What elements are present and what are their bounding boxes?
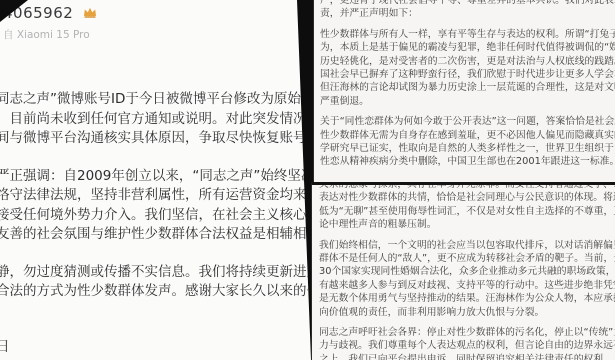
- statement-panel-bottom: 关系的想象与探索，其存在本身并无原罪。而女性支持者通过文学、艺术等方表达对性少数…: [311, 182, 615, 360]
- text-line: 性恋从精神疾病分类中删除，中国卫生部也在2001年跟进这一标准。所谓: [320, 155, 615, 168]
- text-line: 但汪海林的言论却试图为暴力历史涂上一层荒诞的合理性，这是对文明价值观: [320, 81, 615, 94]
- text-line: 关于“同性恋群体为何如今敢于公开表达”这一问题，答案恰恰是社会进步的体: [320, 115, 615, 128]
- paragraph-gap: [320, 108, 615, 115]
- text-line: ，目前尚未收到任何官方通知或说明。对此突发情况，: [0, 110, 314, 130]
- text-line: 向价值观的责任，而非利用影响力放大仇恨与分裂。: [319, 306, 615, 319]
- text-line: 低为“无聊”甚至使用侮辱性词汇，不仅是对女性自主选择的不尊重，更是对公共: [319, 205, 615, 218]
- paragraph-gap: [0, 302, 314, 320]
- post-body-text: 同志之声”微博账号ID于今日被微博平台修改为原始ID「月，目前尚未收到任何官方通…: [0, 90, 314, 357]
- text-line: 合法的方式为性少数群体发声。感谢大家长久以来的信: [0, 282, 314, 302]
- text-line: 关系的想象与探索，其存在本身并无原罪。而女性支持者通过文学、艺术等方: [319, 182, 615, 191]
- text-line: 产，更违背了现代社会倡导平等、尊重差异的基本共识。我们对此表示强烈: [320, 0, 615, 7]
- text-line: 日: [0, 338, 314, 358]
- text-line: 国社会早已摒弃了这种野蛮行径，我们欣慰于时代进步让更多人学会尊重包容: [320, 68, 615, 81]
- text-line: 群体不是任何人的“敌人”，更不应成为转移社会矛盾的靶子。当前，全球已有超: [319, 252, 615, 265]
- text-line: 之上。我们已向平台提出申诉，同时保留追究相关法律责任的权利。: [319, 353, 615, 360]
- statement-top-text: 产，更违背了现代社会倡导平等、尊重差异的基本共识。我们对此表示强烈责，并严正声明…: [320, 0, 615, 169]
- text-line: 30个国家实现同性婚姻合法化，众多企业推动多元共融的职场政策，中国社会: [319, 265, 615, 278]
- text-line: 恪守法律法规，坚持非营利属性，所有运营资金均来自: [0, 186, 314, 206]
- paragraph-gap: [319, 232, 615, 239]
- text-line: 间与微博平台沟通核实具体原因，争取尽快恢复账号正: [0, 129, 314, 149]
- text-line: 学研究早已证实，性取向是自然的人类多样性之一，世界卫生组织于1990年将: [320, 142, 615, 155]
- text-line: 我们始终相信，一个文明的社会应当以包容取代排斥，以对话消解偏见。性少: [319, 239, 615, 252]
- statement-bottom-text: 关系的想象与探索，其存在本身并无原罪。而女性支持者通过文学、艺术等方表达对性少数…: [319, 182, 615, 360]
- text-line: 同志之声呼吁社会各界：停止对性少数群体的污名化，停止以“传统”为名合理化: [319, 326, 615, 339]
- paragraph-gap: [320, 21, 615, 28]
- paragraph-gap: [0, 149, 314, 167]
- text-line: 性少数群体无需为自身存在感到羞耻，更不必因他人偏见而隐藏真实的自我。: [320, 129, 615, 142]
- text-line: 是无数个体用勇气与坚持推动的结果。汪海林作为公众人物，本应承担起传播: [319, 292, 615, 305]
- text-line: 同志之声”微博账号ID于今日被微博平台修改为原始ID「月: [0, 90, 314, 110]
- text-line: 严正强调：自2009年创立以来，“同志之声”始终坚决拥: [0, 167, 314, 187]
- text-line: 性少数群体与所有人一样，享有平等生存与表达的权利。所谓“打兔子”等暴力: [320, 28, 615, 41]
- text-line: 接受任何境外势力介入。我们坚信，在社会主义核心价: [0, 206, 314, 226]
- text-line: 责，并严正声明如下：: [320, 7, 615, 20]
- text-line: 有越来越多人参与到反对歧视、支持平等的行动中。这些进步绝非凭空而来，: [319, 279, 615, 292]
- paragraph-gap: [0, 320, 314, 338]
- weibo-post-panel: 4065962 自 Xiaomi 15 Pro 同志之声”微博账号ID于今日被微…: [0, 0, 314, 360]
- text-line: 严重倒退。: [320, 95, 615, 108]
- text-line: 历史轻佻化，是对受害者的二次伤害，更是对法治与人权底线的践踏。今天的: [320, 55, 615, 68]
- text-line: 为，本质上是基于偏见的霸凌与犯罪，绝非任何时代值得被调侃的“娱乐”。将这: [320, 41, 615, 54]
- text-line: 力与歧视。我们尊重每个人表达观点的权利，但言论自由的边界永远不能凌驾: [319, 339, 615, 352]
- statement-panel-top: 产，更违背了现代社会倡导平等、尊重差异的基本共识。我们对此表示强烈责，并严正声明…: [313, 0, 615, 182]
- crown-vip-icon: [83, 3, 97, 22]
- screenshot-collage: 4065962 自 Xiaomi 15 Pro 同志之声”微博账号ID于今日被微…: [0, 0, 615, 360]
- text-line: 友善的社会氛围与维护性少数群体合法权益是相辅相成: [0, 225, 314, 245]
- text-line: 论中理性声音的粗暴压制。: [319, 218, 615, 231]
- text-line: 表达对性少数群体的共情，恰恰是社会同理心与公民意识的体现。将这种支持: [319, 191, 615, 204]
- post-source-label: 自 Xiaomi 15 Pro: [3, 27, 97, 42]
- paragraph-gap: [0, 245, 314, 263]
- text-line: 静，勿过度猜测或传播不实信息。我们将持续更新进展: [0, 263, 314, 283]
- paragraph-gap: [319, 319, 615, 326]
